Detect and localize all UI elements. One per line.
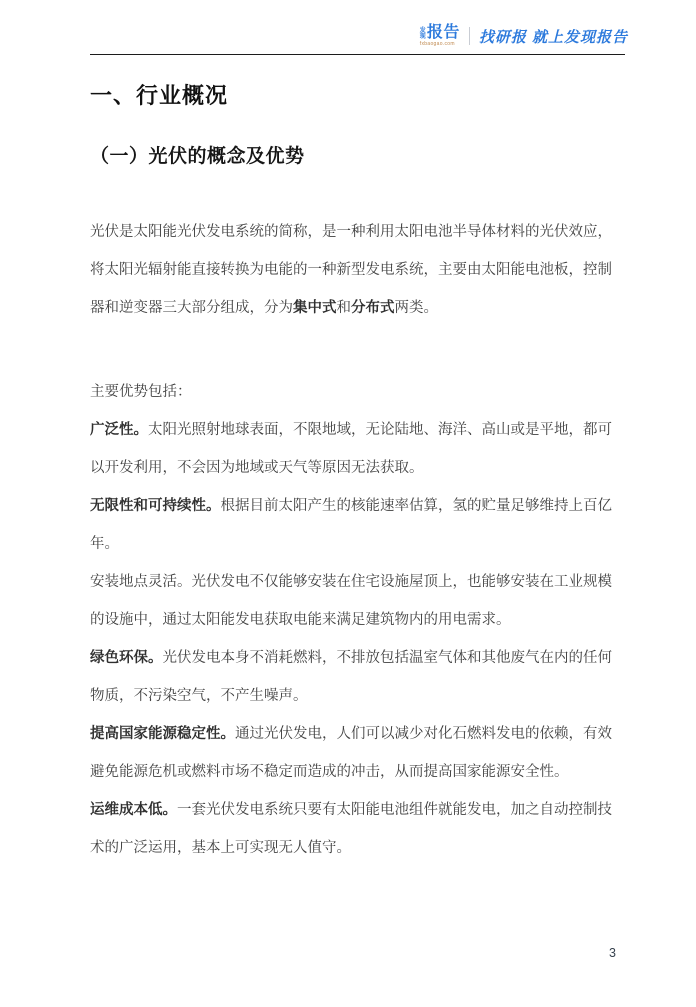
section-heading: 一、行业概况 xyxy=(90,83,612,109)
paragraph-advantage-green: 绿色环保。光伏发电本身不消耗燃料，不排放包括温室气体和其他废气在内的任何物质，不… xyxy=(90,639,612,715)
text-run: 安装地点灵活。光伏发电不仅能够安装在住宅设施屋顶上，也能够安装在工业规模的设施中… xyxy=(90,574,612,628)
logo-stacked-chars: 发 现 xyxy=(420,28,426,40)
page-header: 发 现 报告 fxbaogao.com 找研报 就上发现报告 xyxy=(0,0,696,54)
paragraph-advantage-unlimited: 无限性和可持续性。根据目前太阳产生的核能速率估算，氢的贮量足够维持上百亿年。 xyxy=(90,487,612,563)
paragraph-gap xyxy=(90,327,612,373)
bold-run: 广泛性。 xyxy=(90,422,148,438)
bold-run: 分布式 xyxy=(351,300,395,316)
header-divider xyxy=(469,27,470,45)
bold-run: 绿色环保。 xyxy=(90,650,163,666)
paragraph-intro: 光伏是太阳能光伏发电系统的简称，是一种利用太阳电池半导体材料的光伏效应，将太阳光… xyxy=(90,213,612,327)
bold-run: 运维成本低。 xyxy=(90,802,177,818)
text-run: 两类。 xyxy=(395,300,439,316)
bold-run: 提高国家能源稳定性。 xyxy=(90,726,235,742)
page-number: 3 xyxy=(609,946,616,960)
header-rule xyxy=(90,54,625,55)
fxbaogao-logo: 发 现 报告 fxbaogao.com xyxy=(420,25,460,47)
paragraph-advantage-energy-security: 提高国家能源稳定性。通过光伏发电，人们可以减少对化石燃料发电的依赖，有效避免能源… xyxy=(90,715,612,791)
text-run: 主要优势包括： xyxy=(90,384,192,400)
logo-wordmark: 发 现 报告 xyxy=(420,25,460,40)
bold-run: 集中式 xyxy=(293,300,337,316)
subsection-heading: （一）光伏的概念及优势 xyxy=(90,145,612,168)
document-body: 光伏是太阳能光伏发电系统的简称，是一种利用太阳电池半导体材料的光伏效应，将太阳光… xyxy=(90,213,612,867)
paragraph-advantage-low-opex: 运维成本低。一套光伏发电系统只要有太阳能电池组件就能发电，加之自动控制技术的广泛… xyxy=(90,791,612,867)
text-run: 和 xyxy=(337,300,352,316)
bold-run: 无限性和可持续性。 xyxy=(90,498,221,514)
logo-stacked-bottom: 现 xyxy=(420,34,426,40)
paragraph-advantage-universality: 广泛性。太阳光照射地球表面，不限地域，无论陆地、海洋、高山或是平地，都可以开发利… xyxy=(90,411,612,487)
paragraph-advantage-flexible-install: 安装地点灵活。光伏发电不仅能够安装在住宅设施屋顶上，也能够安装在工业规模的设施中… xyxy=(90,563,612,639)
text-run: 光伏发电本身不消耗燃料，不排放包括温室气体和其他废气在内的任何物质，不污染空气，… xyxy=(90,650,612,704)
paragraph-advantages-lead: 主要优势包括： xyxy=(90,373,612,411)
text-run: 太阳光照射地球表面，不限地域，无论陆地、海洋、高山或是平地，都可以开发利用，不会… xyxy=(90,422,612,476)
logo-domain-text: fxbaogao.com xyxy=(420,42,455,47)
header-tagline: 找研报 就上发现报告 xyxy=(479,26,628,47)
logo-name: 报告 xyxy=(427,25,460,40)
